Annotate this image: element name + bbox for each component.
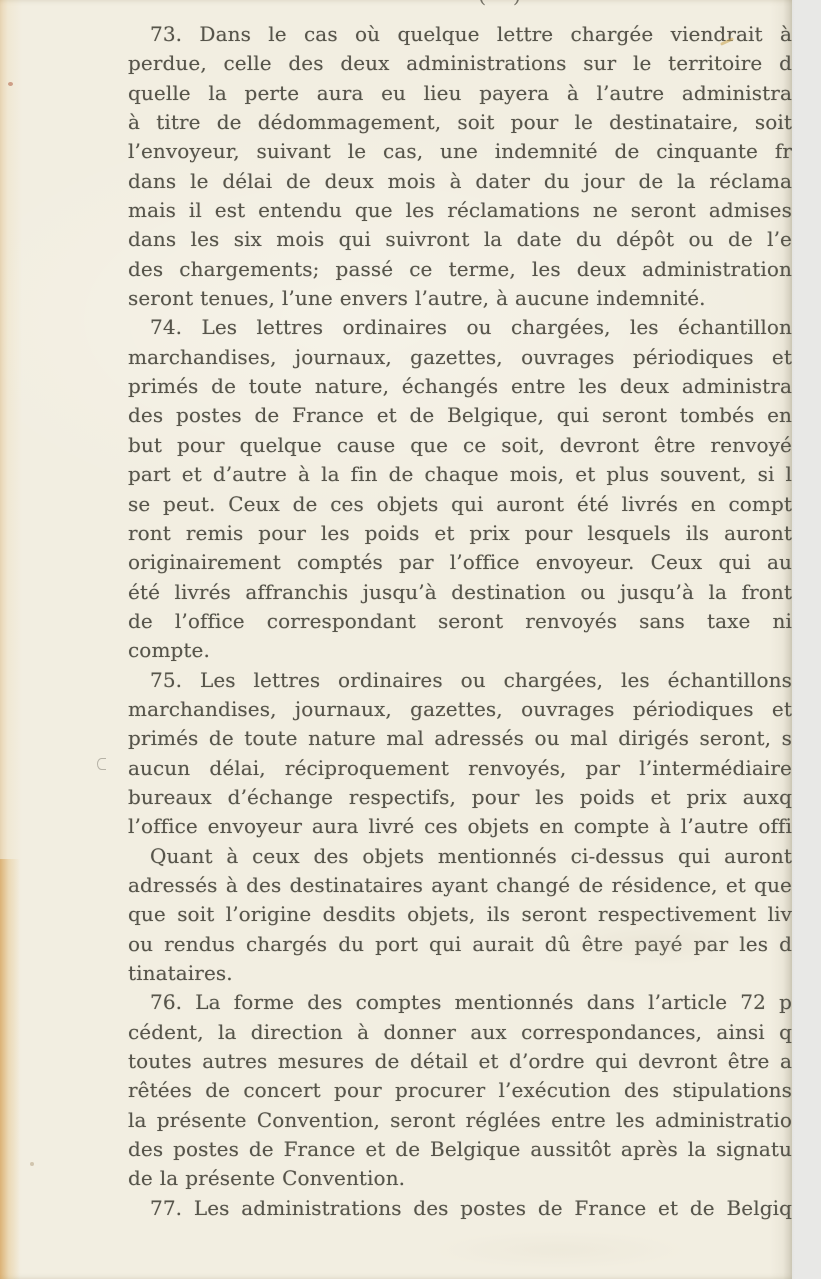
text-line: seront tenues, l’une envers l’autre, à a… — [128, 284, 792, 313]
paper-smudge — [560, 920, 750, 966]
text-line: perdue, celle des deux administrations s… — [128, 49, 792, 78]
text-line: 73. Dans le cas où quelque lettre chargé… — [128, 20, 792, 49]
text-line: la présente Convention, seront réglées e… — [128, 1106, 792, 1135]
text-line: rêtées de concert pour procurer l’exécut… — [128, 1076, 792, 1105]
text-line: 74. Les lettres ordinaires ou chargées, … — [128, 313, 792, 342]
text-line: primés de toute nature mal adressés ou m… — [128, 724, 792, 753]
margin-pencil-mark — [97, 758, 106, 770]
text-line: à titre de dédommagement, soit pour le d… — [128, 108, 792, 137]
text-line: été livrés affranchis jusqu’à destinatio… — [128, 578, 792, 607]
paragraph-article-73: 73. Dans le cas où quelque lettre chargé… — [128, 20, 792, 313]
scan-viewport: ( ) 73. Dans le cas où quelque lettre ch… — [0, 0, 821, 1279]
text-line: bureaux d’échange respectifs, pour les p… — [128, 783, 792, 812]
text-line: dans le délai de deux mois à dater du jo… — [128, 167, 792, 196]
text-line: primés de toute nature, échangés entre l… — [128, 372, 792, 401]
text-line: aucun délai, réciproquement renvoyés, pa… — [128, 754, 792, 783]
text-line: des chargements; passé ce terme, les deu… — [128, 255, 792, 284]
text-line: de la présente Convention. — [128, 1164, 792, 1193]
text-line: adressés à des destinataires ayant chang… — [128, 871, 792, 900]
text-line: but pour quelque cause que ce soit, devr… — [128, 431, 792, 460]
text-line: originairement comptés par l’office envo… — [128, 548, 792, 577]
text-line: marchandises, journaux, gazettes, ouvrag… — [128, 343, 792, 372]
text-line: l’envoyeur, suivant le cas, une indemnit… — [128, 137, 792, 166]
text-line: marchandises, journaux, gazettes, ouvrag… — [128, 695, 792, 724]
text-line: cédent, la direction à donner aux corres… — [128, 1018, 792, 1047]
text-line: des postes de France et de Belgique, qui… — [128, 401, 792, 430]
text-line: l’office envoyeur aura livré ces objets … — [128, 812, 792, 841]
page-number-fragment: ( ) — [478, 0, 523, 7]
paragraph-article-76: 76. La forme des comptes mentionnés dans… — [128, 988, 792, 1193]
text-column: 73. Dans le cas où quelque lettre chargé… — [128, 20, 792, 1223]
paper-smudge — [430, 1230, 690, 1270]
text-line: 76. La forme des comptes mentionnés dans… — [128, 988, 792, 1017]
text-line: de l’office correspondant seront renvoyé… — [128, 607, 792, 636]
scanned-book-page: ( ) 73. Dans le cas où quelque lettre ch… — [0, 0, 792, 1279]
text-line: compte. — [128, 636, 792, 665]
text-line: 75. Les lettres ordinaires ou chargées, … — [128, 666, 792, 695]
text-line: toutes autres mesures de détail et d’ord… — [128, 1047, 792, 1076]
ink-speck — [30, 1162, 34, 1166]
text-line: quelle la perte aura eu lieu payera à l’… — [128, 79, 792, 108]
paragraph-article-75: 75. Les lettres ordinaires ou chargées, … — [128, 666, 792, 842]
paragraph-article-74: 74. Les lettres ordinaires ou chargées, … — [128, 313, 792, 665]
text-line: mais il est entendu que les réclamations… — [128, 196, 792, 225]
text-line: part et d’autre à la fin de chaque mois,… — [128, 460, 792, 489]
text-line: se peut. Ceux de ces objets qui auront é… — [128, 490, 792, 519]
text-line: dans les six mois qui suivront la date d… — [128, 225, 792, 254]
paragraph-paragraph-quant: Quant à ceux des objets mentionnés ci-de… — [128, 842, 792, 989]
text-line: Quant à ceux des objets mentionnés ci-de… — [128, 842, 792, 871]
text-line: des postes de France et de Belgique auss… — [128, 1135, 792, 1164]
ink-speck — [8, 82, 13, 86]
book-gutter-edge-lower — [0, 859, 22, 1279]
paragraph-article-77: 77. Les administrations des postes de Fr… — [128, 1194, 792, 1223]
text-line: 77. Les administrations des postes de Fr… — [128, 1194, 792, 1223]
text-line: ront remis pour les poids et prix pour l… — [128, 519, 792, 548]
